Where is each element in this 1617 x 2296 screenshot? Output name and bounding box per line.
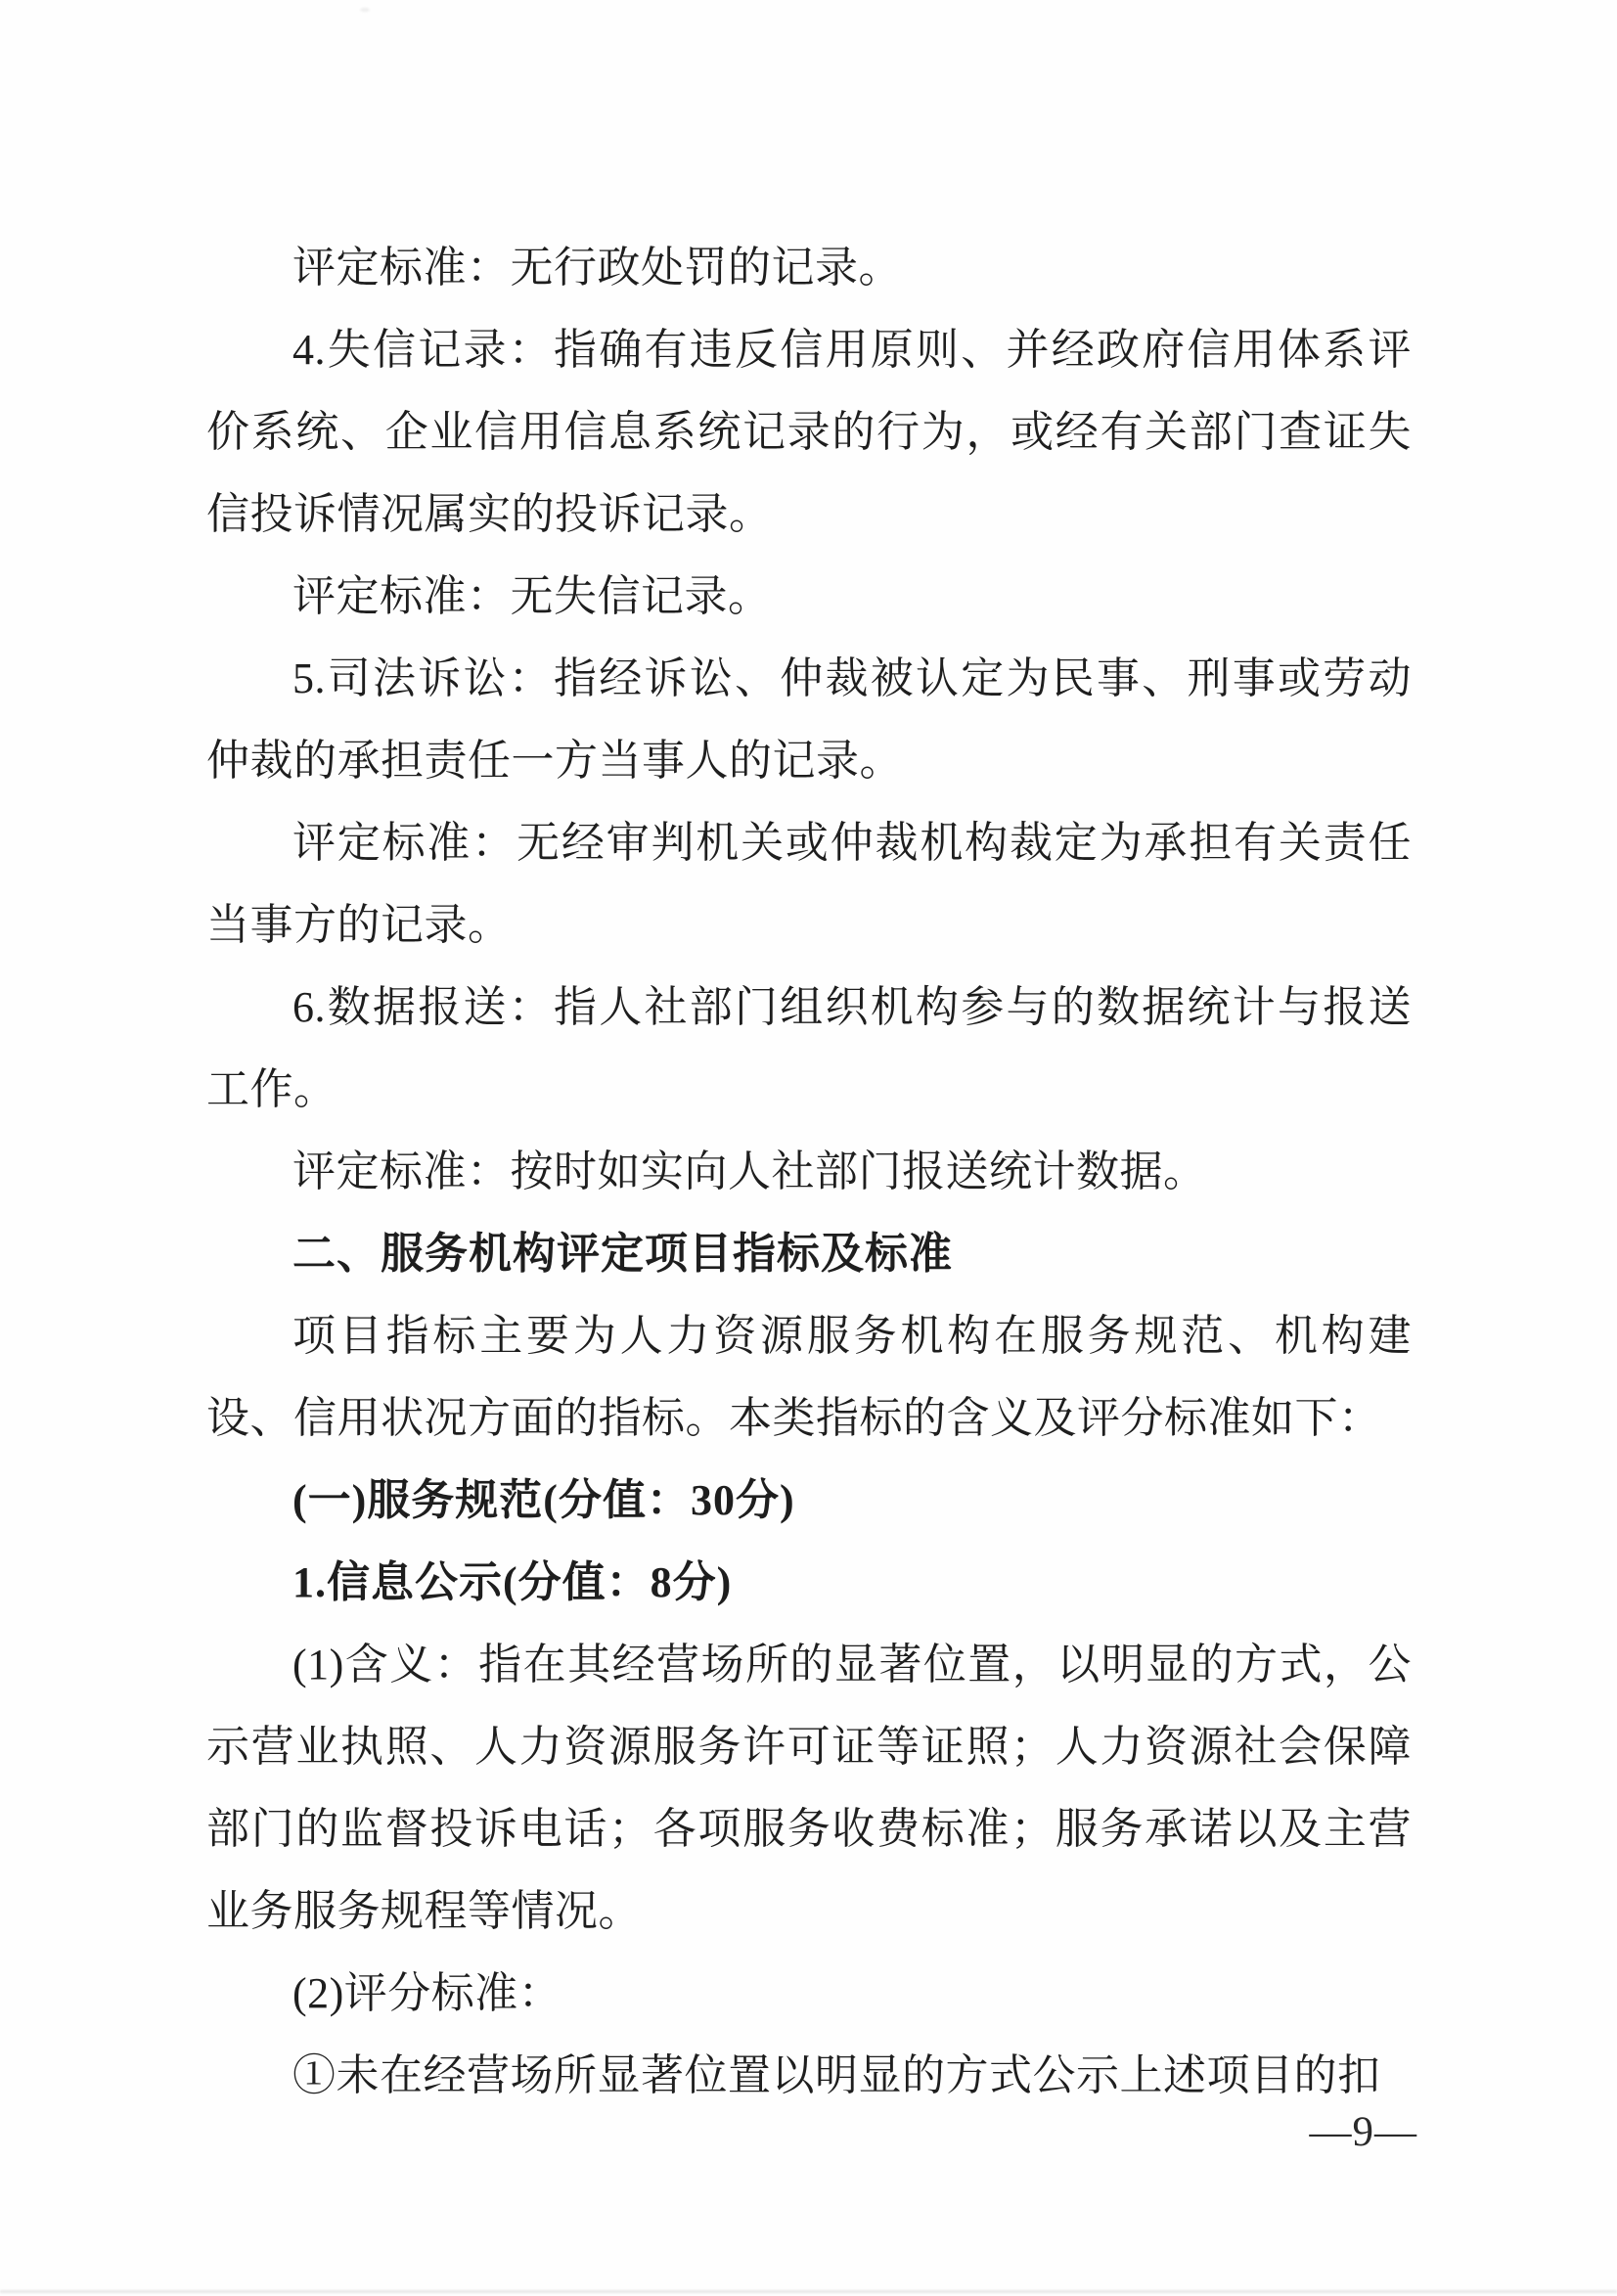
paragraph-item4-dishonesty-record: 4.失信记录：指确有违反信用原则、并经政府信用体系评价系统、企业信用信息系统记录… — [206, 309, 1412, 556]
paragraph-scoring-standard-label: (2)评分标准： — [206, 1953, 1412, 2035]
paragraph-assess-standard-reporting: 评定标准：按时如实向人社部门报送统计数据。 — [206, 1131, 1412, 1213]
paragraph-assess-standard-penalty: 评定标准：无行政处罚的记录。 — [206, 227, 1412, 309]
subsection-heading-info-disclosure: 1.信息公示(分值：8分) — [206, 1542, 1412, 1624]
paragraph-assess-standard-dishonesty: 评定标准：无失信记录。 — [206, 556, 1412, 638]
document-body: 评定标准：无行政处罚的记录。 4.失信记录：指确有违反信用原则、并经政府信用体系… — [206, 227, 1412, 2117]
paragraph-item6-data-reporting: 6.数据报送：指人社部门组织机构参与的数据统计与报送工作。 — [206, 967, 1412, 1131]
paragraph-info-disclosure-meaning: (1)含义：指在其经营场所的显著位置，以明显的方式，公示营业执照、人力资源服务许… — [206, 1624, 1412, 1953]
paragraph-assess-standard-litigation: 评定标准：无经审判机关或仲裁机构裁定为承担有关责任当事方的记录。 — [206, 802, 1412, 967]
scan-artifact-bottom-edge — [0, 2290, 1617, 2293]
paragraph-item5-litigation: 5.司法诉讼：指经诉讼、仲裁被认定为民事、刑事或劳动仲裁的承担责任一方当事人的记… — [206, 638, 1412, 802]
page-number: —9— — [1310, 2105, 1418, 2160]
paragraph-scoring-rule-1: ①未在经营场所显著位置以明显的方式公示上述项目的扣 — [206, 2035, 1412, 2117]
subsection-heading-service-standard: (一)服务规范(分值：30分) — [206, 1460, 1412, 1542]
document-page: 评定标准：无行政处罚的记录。 4.失信记录：指确有违反信用原则、并经政府信用体系… — [0, 0, 1617, 2296]
section-heading-2: 二、服务机构评定项目指标及标准 — [206, 1213, 1412, 1295]
paragraph-project-indicator-intro: 项目指标主要为人力资源服务机构在服务规范、机构建设、信用状况方面的指标。本类指标… — [206, 1295, 1412, 1460]
scan-artifact-top — [360, 8, 370, 12]
